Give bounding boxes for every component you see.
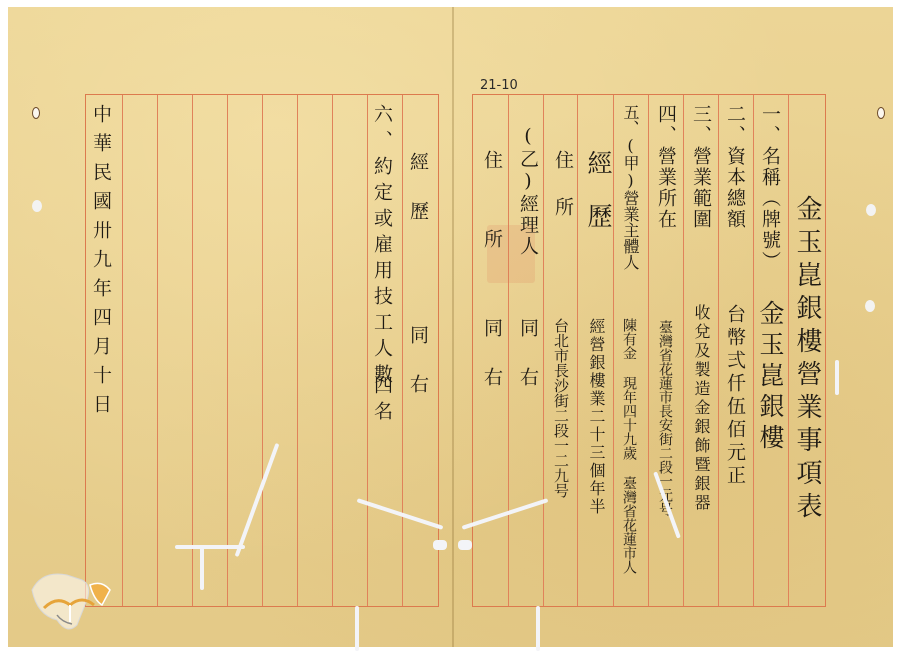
archive-logo-icon [22,560,122,640]
binding-hole-left [32,200,42,212]
paper-damage [355,606,359,651]
item-label-capital: 二、資本總額 [725,104,744,230]
item-label-name: 一、名稱（牌號） [760,104,779,272]
item-value-capital: 台幣弍仟伍佰元正 [725,304,744,488]
paper-damage [835,360,839,395]
left-item-label-workers: 六、約定或雇用技工人數 [372,104,391,390]
document-date: 中華民國卅九年四月十日 [91,104,110,423]
item-value-experience: 經營銀樓業二十三個年半 [588,318,604,516]
left-item-label-experience: 經歷 [408,152,427,250]
item-label-manager: (乙)經理人 [518,125,537,257]
paper-damage [433,540,447,550]
page-number-annotation: 21-10 [480,78,518,93]
paper-damage [536,606,540,651]
item-label-experience: 經歷 [586,150,611,256]
paper-damage [458,540,472,550]
paper-damage [200,545,204,590]
item-value-residence: 台北市長沙街二段一二九号 [553,318,568,498]
document-title: 金玉崑銀樓營業事項表 [794,195,820,525]
item-value-owner: 陳有金 現年四十九歲 臺灣省花蓮市人 [622,318,636,574]
page-fold [452,7,454,647]
binding-hole-right-2 [865,300,875,312]
left-item-value-workers: 四名 [372,375,391,427]
item-label-manager-residence: 住所 [482,150,501,308]
item-label-owner: 五、(甲)營業主體人 [622,104,638,270]
item-value-name: 金玉崑銀樓 [758,300,783,455]
binding-punch-left [32,107,40,119]
item-label-location: 四、營業所在 [656,104,675,230]
item-value-scope: 收兌及製造金銀飾暨銀器 [693,304,709,513]
paper-damage [175,545,245,549]
binding-hole-right-1 [866,204,876,216]
item-label-residence: 住所 [553,150,572,244]
item-value-manager-residence: 同右 [482,318,501,416]
binding-punch-right [877,107,885,119]
left-item-value-experience: 同右 [408,325,427,423]
item-value-manager: 同右 [518,318,537,416]
item-label-scope: 三、營業範圍 [691,104,710,230]
